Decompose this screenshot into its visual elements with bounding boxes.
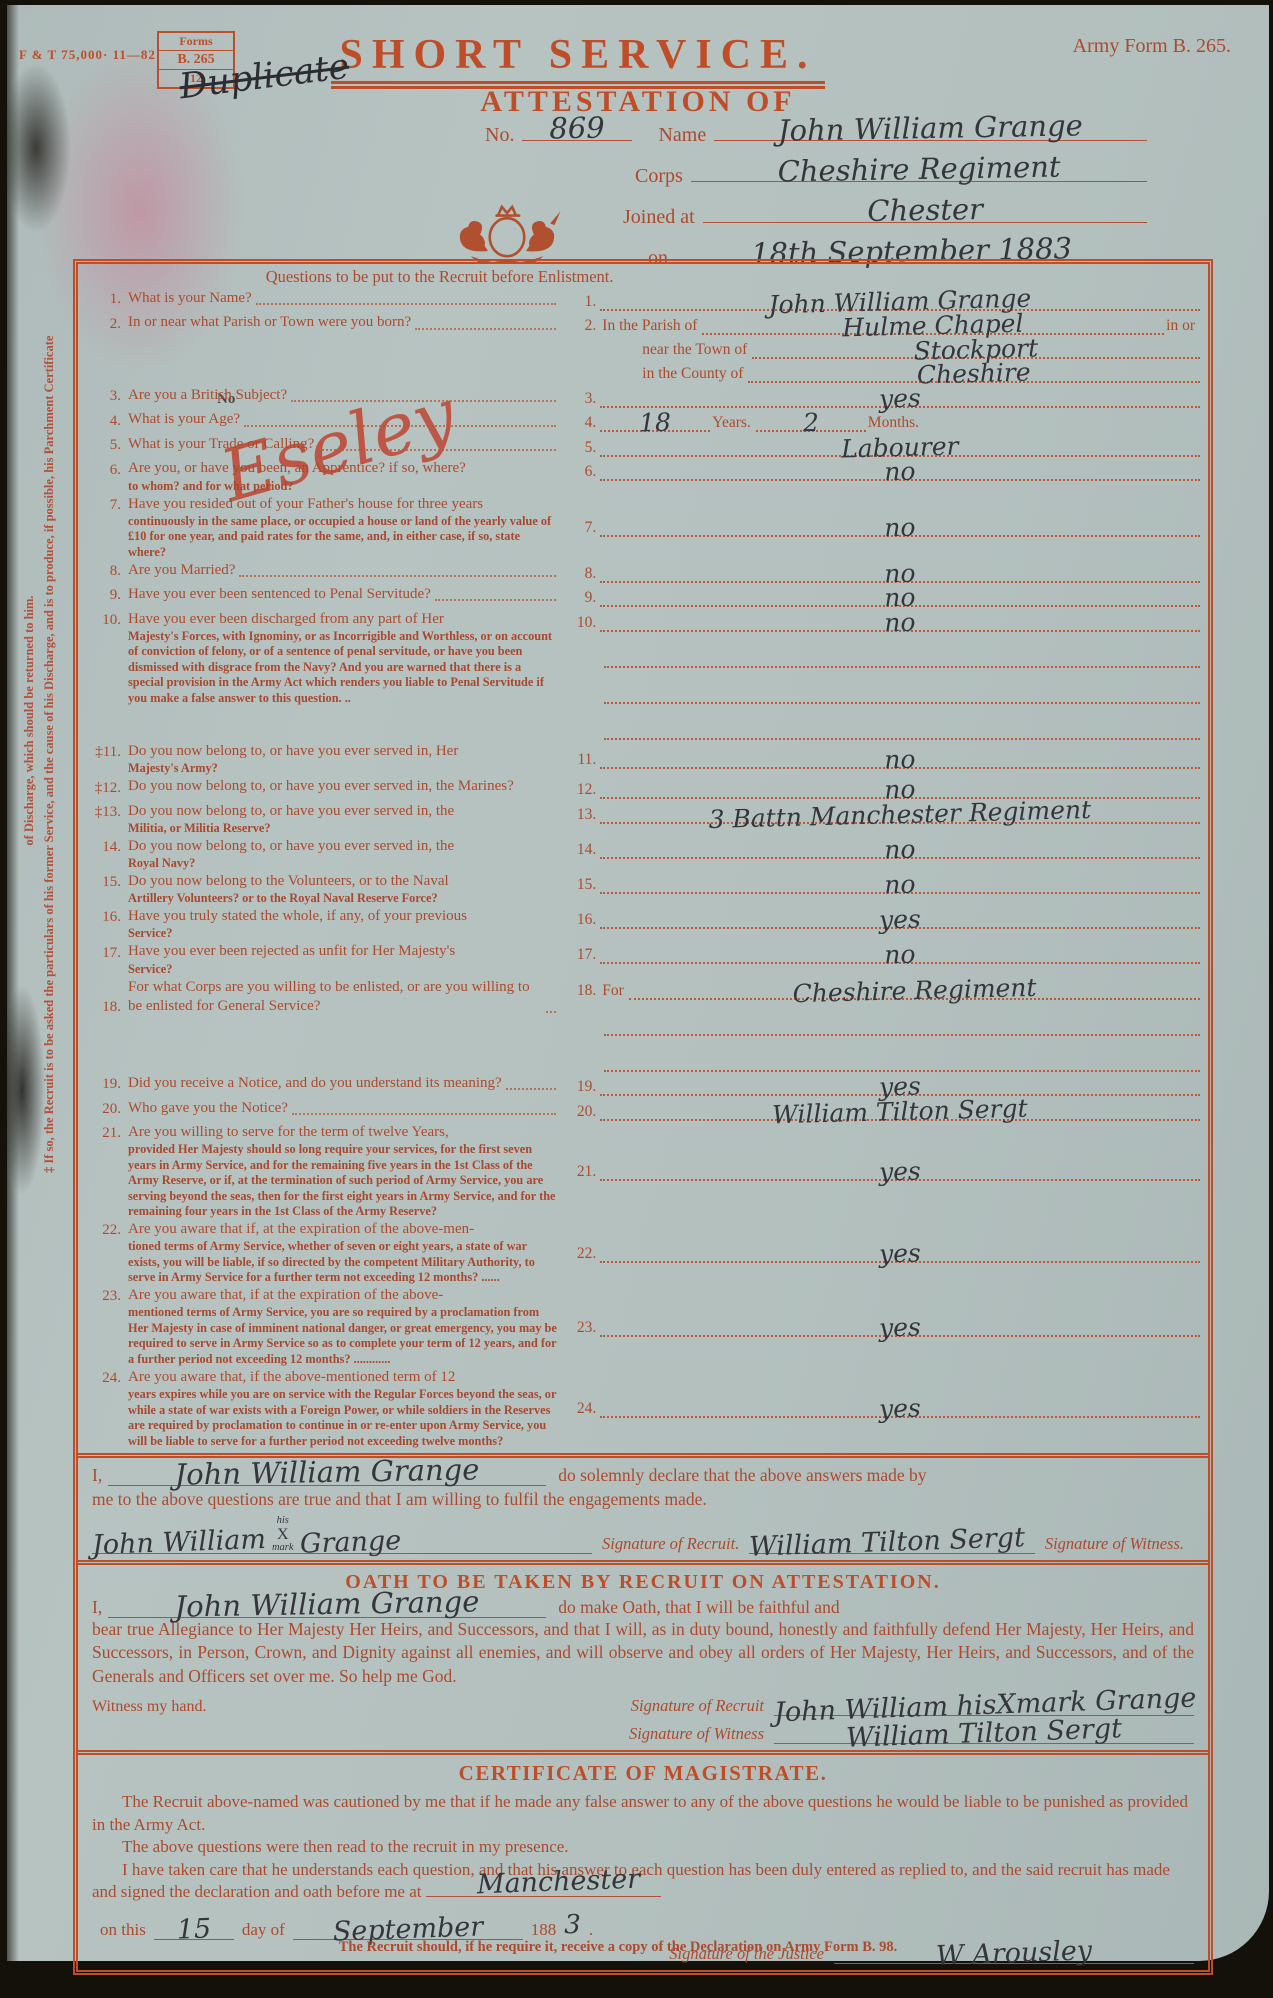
question-text: Are you willing to serve for the term of… <box>128 1123 449 1142</box>
no-field: 869 <box>522 117 632 141</box>
question-number: 2. <box>84 316 128 333</box>
magistrate-paragraph: The Recruit above-named was cautioned by… <box>92 1791 1194 1836</box>
margin-note-line: of Discharge, which should be returned t… <box>19 268 39 1173</box>
name-field: John William Grange <box>714 117 1147 141</box>
day-of-label: day of <box>234 1920 293 1940</box>
signature-of-witness-label: Signature of Witness <box>619 1724 774 1744</box>
oath-name-field: John William Grange <box>108 1596 546 1618</box>
months-label: Months. <box>866 414 924 432</box>
recruit-signature-field: John William hisXmark Grange <box>92 1516 592 1554</box>
year-printed: 188 <box>523 1920 565 1940</box>
question-text: For what Corps are you willing to be enl… <box>128 978 542 1016</box>
question-subtext: to whom? and for what period? <box>128 479 558 494</box>
answer-line: no <box>600 944 1200 964</box>
answer-handwriting: yes <box>600 1305 1200 1350</box>
dotted-leader <box>244 425 556 427</box>
declaration-text: me to the above questions are true and t… <box>92 1489 1194 1510</box>
answer-number: 1. <box>568 293 600 311</box>
answer-handwriting: no <box>600 506 1200 551</box>
dotted-leader <box>415 328 556 330</box>
question-text: What is your Name? <box>128 289 252 308</box>
blank-dotted-line <box>604 720 1200 740</box>
question-number: 16. <box>84 909 128 926</box>
question-number: ‡13. <box>84 804 128 821</box>
declaration-prefix: I, <box>92 1465 108 1486</box>
paper-edge-shadow <box>7 5 19 1961</box>
question-subtext: Militia, or Militia Reserve? <box>128 821 558 836</box>
witness-signature-field: William Tilton Sergt <box>749 1533 1034 1554</box>
joined-at-field: Chester <box>703 199 1147 223</box>
for-label: For <box>600 982 629 1000</box>
question-number: 22. <box>84 1222 128 1239</box>
questions-list: 1.What is your Name? 1.John William Gran… <box>78 287 1208 1453</box>
recruit-signature-handwriting: John William <box>92 1530 267 1556</box>
question-text: Do you now belong to, or have you ever s… <box>128 742 458 761</box>
signature-of-recruit-label: Signature of Recruit. <box>592 1534 749 1554</box>
question-number: 7. <box>84 497 128 514</box>
question-text: What is your Trade or Calling? <box>128 435 314 454</box>
answer-number: 19. <box>568 1078 600 1096</box>
question-text: Do you now belong to, or have you ever s… <box>128 777 514 796</box>
margin-note: of Discharge, which should be returned t… <box>19 268 59 1173</box>
question-subtext: provided Her Majesty should so long requ… <box>128 1142 558 1219</box>
declaration-text: do solemnly declare that the above answe… <box>546 1465 1194 1486</box>
answer-number: 21. <box>568 1163 600 1181</box>
question-text: Have you truly stated the whole, if any,… <box>128 907 467 926</box>
corps-handwriting: Cheshire Regiment <box>691 148 1148 190</box>
answer-handwriting: 18 <box>600 407 711 439</box>
answer-number: 6. <box>568 463 600 481</box>
answer-line: yes <box>600 388 1200 408</box>
name-label: Name <box>658 124 714 147</box>
question-row-22: 22.Are you aware that if, at the expirat… <box>84 1220 1200 1286</box>
joined-at-label: Joined at <box>623 206 703 229</box>
question-row-21: 21.Are you willing to serve for the term… <box>84 1123 1200 1220</box>
question-number: 23. <box>84 1288 128 1305</box>
question-number: ‡12. <box>84 780 128 797</box>
answer-line: yes <box>600 1398 1200 1418</box>
oath-witness-signature-field: William Tilton Sergt <box>774 1724 1194 1744</box>
day-field: 15 <box>154 1920 234 1940</box>
question-row-7: 7.Have you resided out of your Father's … <box>84 495 1200 561</box>
question-number: 14. <box>84 839 128 856</box>
county-label: in the County of <box>640 365 748 383</box>
attestation-form-box: Questions to be put to the Recruit befor… <box>73 259 1213 1975</box>
question-number: 6. <box>84 462 128 479</box>
answer-number: 18. <box>568 982 600 1000</box>
question-row-6: 6.Are you, or have you been, an Apprenti… <box>84 459 1200 494</box>
answer-number: 8. <box>568 565 600 583</box>
question-number: 1. <box>84 291 128 308</box>
corps-field: Cheshire Regiment <box>691 158 1147 182</box>
question-text: Are you aware that, if at the expiration… <box>128 1286 443 1305</box>
question-text: What is your Age? <box>128 410 240 429</box>
oath-prefix: I, <box>92 1597 108 1618</box>
question-subtext: Artillery Volunteers? or to the Royal Na… <box>128 891 558 906</box>
question-subtext: Service? <box>128 926 558 941</box>
question-text: Have you resided out of your Father's ho… <box>128 495 483 514</box>
answer-number: 20. <box>568 1103 600 1121</box>
oath-text: do make Oath, that I will be faithful an… <box>546 1597 1194 1618</box>
magistrate-heading: CERTIFICATE OF MAGISTRATE. <box>92 1761 1194 1786</box>
question-number: ‡11. <box>84 744 128 761</box>
answer-line: yes <box>600 1317 1200 1337</box>
no-handwriting: 869 <box>522 110 633 146</box>
answer-number: 2. <box>568 317 600 335</box>
question-text: Do you now belong to, or have you ever s… <box>128 802 454 821</box>
answer-line: yes <box>600 909 1200 929</box>
question-number: 19. <box>84 1076 128 1093</box>
question-text: Have you ever been discharged from any p… <box>128 610 444 629</box>
answer-number: 5. <box>568 439 600 457</box>
question-text: Do you now belong to the Volunteers, or … <box>128 872 449 891</box>
his-mark-cross: hisXmark <box>272 1516 294 1553</box>
answer-line: 3 Battn Manchester Regiment <box>600 804 1200 824</box>
answer-number: 7. <box>568 519 600 537</box>
question-row-18: 18.For what Corps are you willing to be … <box>84 978 1200 1074</box>
answer-line: no <box>600 517 1200 537</box>
question-number: 17. <box>84 945 128 962</box>
answer-number: 23. <box>568 1319 600 1337</box>
dotted-leader <box>506 1088 557 1090</box>
answer-line: no <box>600 612 1200 632</box>
answer-number: 12. <box>568 781 600 799</box>
no-label: No. <box>485 124 522 147</box>
question-subtext: mentioned terms of Army Service, you are… <box>128 1305 558 1367</box>
answer-handwriting: yes <box>600 1387 1200 1432</box>
dotted-leader <box>256 303 557 305</box>
question-number: 15. <box>84 874 128 891</box>
question-text: Are you aware that if, at the expiration… <box>128 1220 474 1239</box>
question-text: Have you ever been sentenced to Penal Se… <box>128 585 431 604</box>
magistrate-certificate-section: CERTIFICATE OF MAGISTRATE. The Recruit a… <box>78 1750 1208 1969</box>
question-text: Are you, or have you been, an Apprentice… <box>128 459 466 478</box>
answer-line: yes <box>600 1161 1200 1181</box>
question-number: 21. <box>84 1125 128 1142</box>
answer-handwriting: yes <box>600 1149 1200 1194</box>
magistrate-paragraph: I have taken care that he understands ea… <box>92 1859 1194 1904</box>
place-field: Manchester <box>426 1881 661 1897</box>
answer-number: 17. <box>568 946 600 964</box>
question-number: 18. <box>84 999 128 1016</box>
joined-at-handwriting: Chester <box>702 189 1147 231</box>
question-number: 9. <box>84 587 128 604</box>
signature-of-witness-label: Signature of Witness. <box>1035 1534 1194 1554</box>
question-number: 5. <box>84 437 128 454</box>
declaration-section: I, John William Grange do solemnly decla… <box>78 1453 1208 1560</box>
answer-line: no <box>600 839 1200 859</box>
question-number: 3. <box>84 388 128 405</box>
answer-line: no <box>600 461 1200 481</box>
blank-dotted-line <box>604 684 1200 704</box>
declaration-name-field: John William Grange <box>108 1464 546 1486</box>
answer-number: 13. <box>568 806 600 824</box>
answer-number: 4. <box>568 414 600 432</box>
place-handwriting: Manchester <box>425 1861 661 1905</box>
question-subtext: Majesty's Forces, with Ignominy, or as I… <box>128 629 558 706</box>
question-text: Are you aware that, if the above-mention… <box>128 1368 455 1387</box>
question-row-23: 23.Are you aware that, if at the expirat… <box>84 1286 1200 1367</box>
question-row-10: 10.Have you ever been discharged from an… <box>84 610 1200 742</box>
dotted-leader <box>291 400 556 402</box>
footer-note: The Recruit should, if he require it, re… <box>7 1939 1229 1956</box>
answer-number: 24. <box>568 1400 600 1418</box>
question-subtext: Majesty's Army? <box>128 761 558 776</box>
royal-coat-of-arms-icon <box>412 197 602 267</box>
question-text: Did you receive a Notice, and do you und… <box>128 1074 502 1093</box>
answer-line: 18 <box>600 412 710 432</box>
question-number: 20. <box>84 1101 128 1118</box>
question-number: 24. <box>84 1370 128 1387</box>
question-text: In or near what Parish or Town were you … <box>128 313 411 332</box>
question-subtext: continuously in the same place, or occup… <box>128 514 558 560</box>
answer-number: 15. <box>568 876 600 894</box>
magistrate-paragraph: The above questions were then read to th… <box>92 1836 1194 1858</box>
dotted-leader <box>292 1113 556 1115</box>
corps-label: Corps <box>635 165 691 188</box>
blank-dotted-line <box>604 1016 1200 1036</box>
month-field: September <box>293 1920 523 1940</box>
army-form-number: Army Form B. 265. <box>1073 35 1231 58</box>
oath-body-text: bear true Allegiance to Her Majesty Her … <box>92 1618 1194 1688</box>
question-subtext: Service? <box>128 962 558 977</box>
answer-handwriting: yes <box>600 1231 1200 1276</box>
question-text: Do you now belong to, or have you ever s… <box>128 837 454 856</box>
witness-signature-handwriting: William Tilton Sergt <box>749 1528 1026 1558</box>
recruit-signature-handwriting: Grange <box>299 1531 401 1555</box>
witness-my-hand-label: Witness my hand. <box>92 1698 212 1716</box>
answer-number: 9. <box>568 589 600 607</box>
answer-line: Cheshire Regiment <box>629 980 1200 1000</box>
question-row-2: 2.In or near what Parish or Town were yo… <box>84 313 1200 385</box>
dotted-leader <box>546 1011 556 1013</box>
answer-number: 22. <box>568 1245 600 1263</box>
answer-line: no <box>600 874 1200 894</box>
question-subtext: tioned terms of Army Service, whether of… <box>128 1239 558 1285</box>
scanned-form-page: of Discharge, which should be returned t… <box>7 5 1269 1961</box>
answer-number: 14. <box>568 841 600 859</box>
margin-note-line: ‡ If so, the Recruit is to be asked the … <box>39 268 59 1173</box>
answer-line: William Tilton Sergt <box>600 1101 1200 1121</box>
signature-of-recruit-label: Signature of Recruit <box>621 1696 774 1716</box>
question-text: Are you a British Subject? <box>128 386 287 405</box>
question-row-20: 20.Who gave you the Notice? 20.William T… <box>84 1099 1200 1123</box>
answer-line: no <box>600 749 1200 769</box>
question-row-3: 3.Are you a British Subject? 3.yes <box>84 386 1200 410</box>
blank-dotted-line <box>604 648 1200 668</box>
question-number: 10. <box>84 612 128 629</box>
oath-section: OATH TO BE TAKEN BY RECRUIT ON ATTESTATI… <box>78 1560 1208 1750</box>
on-this-label: on this <box>92 1920 154 1940</box>
question-number: 4. <box>84 413 128 430</box>
answer-number: 3. <box>568 390 600 408</box>
answer-line: yes <box>600 1243 1200 1263</box>
answer-line: 2 <box>756 412 866 432</box>
period: . <box>581 1920 601 1940</box>
dotted-leader <box>435 599 556 601</box>
answer-number: 10. <box>568 614 600 632</box>
answer-number: 11. <box>568 751 600 769</box>
declaration-name-handwriting: John William Grange <box>108 1451 547 1493</box>
question-text: Who gave you the Notice? <box>128 1099 288 1118</box>
questions-heading: Questions to be put to the Recruit befor… <box>78 264 801 287</box>
question-subtext: Royal Navy? <box>128 856 558 871</box>
question-row-24: 24.Are you aware that, if the above-ment… <box>84 1368 1200 1449</box>
answer-number: 16. <box>568 911 600 929</box>
year-digit-handwriting: 3 <box>564 1910 581 1940</box>
question-text: Have you ever been rejected as unfit for… <box>128 942 455 961</box>
question-text: Are you Married? <box>128 561 235 580</box>
name-handwriting: John William Grange <box>714 107 1147 149</box>
dotted-leader <box>239 575 556 577</box>
question-subtext: years expires while you are on service w… <box>128 1387 558 1449</box>
dotted-leader <box>318 449 556 451</box>
question-number: 8. <box>84 563 128 580</box>
